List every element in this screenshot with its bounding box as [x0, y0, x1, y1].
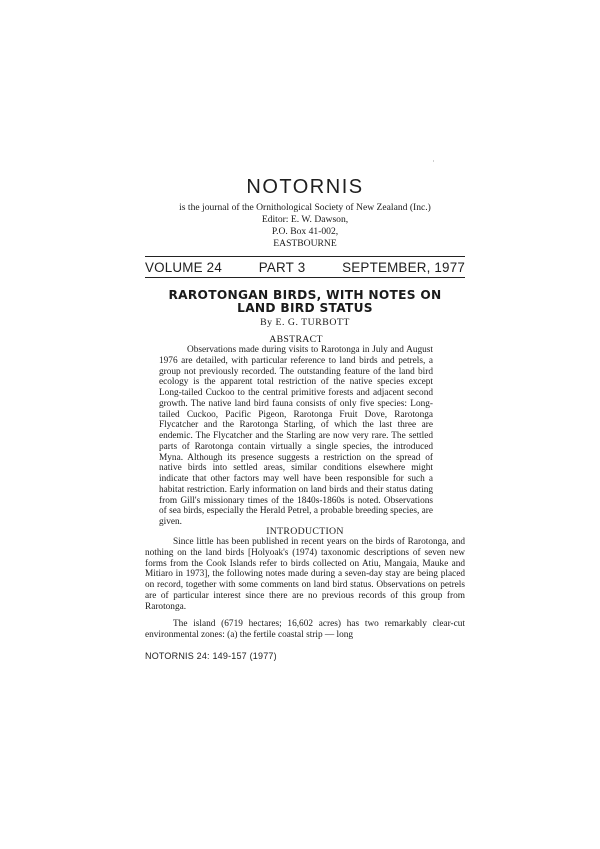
journal-name: NOTORNIS	[145, 176, 465, 198]
abstract-heading: ABSTRACT	[159, 334, 433, 345]
editor-address-line: P.O. Box 41-002,	[145, 226, 465, 238]
article-byline: By E. G. TURBOTT	[145, 317, 465, 328]
introduction-heading: INTRODUCTION	[145, 526, 465, 537]
editor-line: Editor: E. W. Dawson,	[145, 214, 465, 226]
journal-citation: NOTORNIS 24: 149-157 (1977)	[145, 651, 277, 661]
editor-block: Editor: E. W. Dawson, P.O. Box 41-002, E…	[145, 214, 465, 250]
issue-date: SEPTEMBER, 1977	[342, 260, 465, 275]
editor-city-line: EASTBOURNE	[145, 238, 465, 250]
issue-volume: VOLUME 24	[145, 260, 222, 275]
issue-bar: VOLUME 24 PART 3 SEPTEMBER, 1977	[145, 256, 465, 278]
journal-description: is the journal of the Ornithological Soc…	[145, 201, 465, 214]
article-title-line2: LAND BIRD STATUS	[145, 302, 465, 315]
masthead: NOTORNIS is the journal of the Ornitholo…	[145, 176, 465, 250]
abstract-section: ABSTRACT Observations made during visits…	[159, 334, 433, 528]
journal-page: NOTORNIS is the journal of the Ornitholo…	[0, 0, 600, 849]
abstract-text: Observations made during visits to Rarot…	[159, 345, 433, 528]
introduction-section: INTRODUCTION Since little has been publi…	[145, 526, 465, 641]
introduction-paragraph: The island (6719 hectares; 16,602 acres)…	[145, 619, 465, 641]
introduction-paragraph: Since little has been published in recen…	[145, 537, 465, 612]
scan-speck	[433, 160, 434, 162]
issue-part: PART 3	[259, 260, 306, 275]
article-title: RAROTONGAN BIRDS, WITH NOTES ON LAND BIR…	[145, 289, 465, 315]
